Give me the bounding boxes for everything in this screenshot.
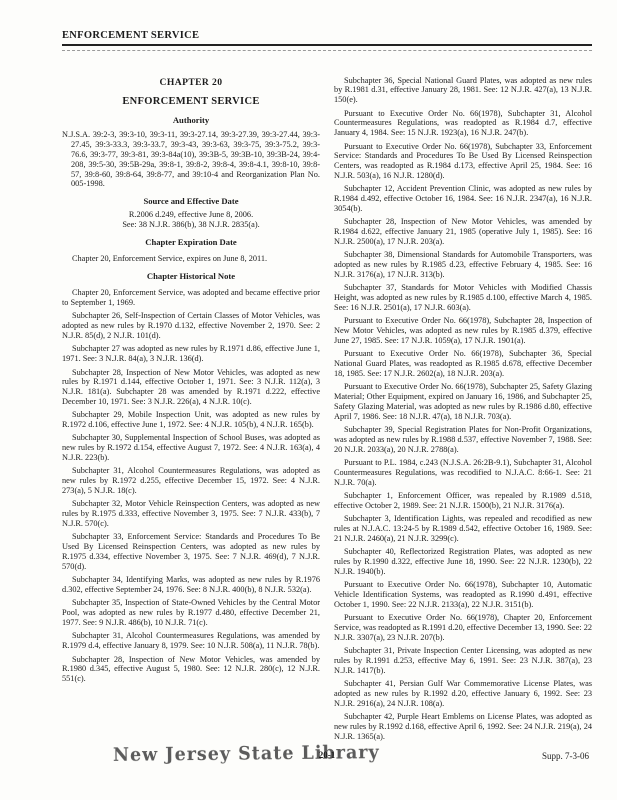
historical-paragraph: Pursuant to Executive Order No. 66(1978)… — [334, 610, 592, 643]
historical-paragraph: Subchapter 28, Inspection of New Motor V… — [62, 364, 320, 407]
running-header: ENFORCEMENT SERVICE — [62, 30, 592, 41]
historical-paragraph: Pursuant to Executive Order No. 66(1978)… — [334, 379, 592, 422]
expiration-heading: Chapter Expiration Date — [62, 238, 320, 248]
historical-paragraph: Subchapter 12, Accident Prevention Clini… — [334, 181, 592, 214]
chapter-title: ENFORCEMENT SERVICE — [62, 97, 320, 107]
historical-paragraph: Subchapter 35, Inspection of State-Owned… — [62, 595, 320, 628]
page-content: ENFORCEMENT SERVICE CHAPTER 20 ENFORCEME… — [62, 30, 592, 741]
chapter-number: CHAPTER 20 — [62, 78, 320, 88]
historical-paragraph: Subchapter 39, Special Registration Plat… — [334, 421, 592, 454]
right-column: Subchapter 36, Special National Guard Pl… — [334, 72, 592, 741]
page-number: 20-1 — [62, 750, 592, 760]
two-column-body: CHAPTER 20 ENFORCEMENT SERVICE Authority… — [62, 72, 592, 741]
source-citation: R.2006 d.249, effective June 8, 2006. — [62, 210, 320, 220]
historical-paragraph: Pursuant to Executive Order No. 66(1978)… — [334, 313, 592, 346]
historical-paragraph: Subchapter 38, Dimensional Standards for… — [334, 247, 592, 280]
historical-paragraph: Subchapter 41, Persian Gulf War Commemor… — [334, 676, 592, 709]
header-rule — [62, 44, 592, 46]
source-heading: Source and Effective Date — [62, 197, 320, 207]
left-column: CHAPTER 20 ENFORCEMENT SERVICE Authority… — [62, 72, 320, 741]
historical-paragraph: Pursuant to P.L. 1984, c.243 (N.J.S.A. 2… — [334, 454, 592, 487]
historical-paragraph: Subchapter 31, Alcohol Countermeasures R… — [62, 463, 320, 496]
historical-paragraph: Subchapter 32, Motor Vehicle Reinspectio… — [62, 496, 320, 529]
authority-heading: Authority — [62, 116, 320, 126]
historical-paragraph: Subchapter 30, Supplemental Inspection o… — [62, 430, 320, 463]
document-page: ENFORCEMENT SERVICE CHAPTER 20 ENFORCEME… — [0, 0, 617, 800]
supplement-date: Supp. 7-3-06 — [542, 751, 589, 761]
historical-paragraph: Subchapter 1, Enforcement Officer, was r… — [334, 487, 592, 510]
historical-paragraph: Pursuant to Executive Order No. 66(1978)… — [334, 105, 592, 138]
historical-paragraph: Subchapter 36, Special National Guard Pl… — [334, 72, 592, 105]
historical-paragraph: Subchapter 28, Inspection of New Motor V… — [62, 651, 320, 684]
historical-paragraph: Subchapter 3, Identification Lights, was… — [334, 511, 592, 544]
historical-paragraph: Subchapter 31, Private Inspection Center… — [334, 643, 592, 676]
historical-paragraph: Subchapter 42, Purple Heart Emblems on L… — [334, 709, 592, 742]
historical-paragraph: Subchapter 33, Enforcement Service: Stan… — [62, 529, 320, 572]
historical-paragraph: Subchapter 34, Identifying Marks, was ad… — [62, 572, 320, 595]
historical-paragraph: Subchapter 27 was adopted as new rules b… — [62, 341, 320, 364]
historical-paragraph: Subchapter 26, Self-Inspection of Certai… — [62, 308, 320, 341]
historical-paragraph: Subchapter 31, Alcohol Countermeasures R… — [62, 628, 320, 651]
source-see-citation: See: 38 N.J.R. 386(b), 38 N.J.R. 2835(a)… — [62, 220, 320, 230]
expiration-text: Chapter 20, Enforcement Service, expires… — [62, 250, 320, 263]
historical-paragraph: Pursuant to Executive Order No. 66(1978)… — [334, 346, 592, 379]
historical-paragraph: Subchapter 37, Standards for Motor Vehic… — [334, 280, 592, 313]
historical-paragraph: Subchapter 29, Mobile Inspection Unit, w… — [62, 407, 320, 430]
historical-paragraph: Pursuant to Executive Order No. 66(1978)… — [334, 138, 592, 181]
header-rule-secondary — [62, 50, 592, 51]
historical-paragraph: Chapter 20, Enforcement Service, was ado… — [62, 285, 320, 308]
historical-paragraph: Pursuant to Executive Order No. 66(1978)… — [334, 577, 592, 610]
historical-paragraph: Subchapter 40, Reflectorized Registratio… — [334, 544, 592, 577]
authority-text: N.J.S.A. 39:2-3, 39:3-10, 39:3-11, 39:3-… — [62, 128, 320, 189]
historical-paragraph: Subchapter 28, Inspection of New Motor V… — [334, 214, 592, 247]
historical-note-heading: Chapter Historical Note — [62, 272, 320, 282]
